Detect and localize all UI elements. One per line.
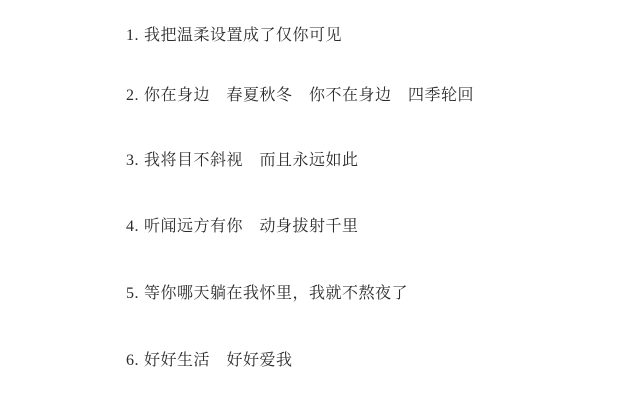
item-number: 1. — [126, 27, 139, 44]
list-item: 6.好好生活 好好爱我 — [108, 334, 293, 388]
item-text: 听闻远方有你 动身拔射千里 — [144, 218, 359, 235]
list-item: 2.你在身边 春夏秋冬 你不在身边 四季轮回 — [108, 69, 474, 123]
item-number: 4. — [126, 218, 139, 235]
item-text: 等你哪天躺在我怀里，我就不熬夜了 — [144, 285, 408, 302]
item-text: 我将目不斜视 而且永远如此 — [144, 152, 359, 169]
item-text: 你在身边 春夏秋冬 你不在身边 四季轮回 — [144, 87, 474, 104]
list-item: 3.我将目不斜视 而且永远如此 — [108, 134, 359, 188]
item-text: 好好生活 好好爱我 — [144, 352, 293, 369]
item-number: 5. — [126, 285, 139, 302]
list-item: 1.我把温柔设置成了仅你可见 — [108, 9, 342, 63]
list-item: 4.听闻远方有你 动身拔射千里 — [108, 200, 359, 254]
item-number: 2. — [126, 87, 139, 104]
list-item: 5.等你哪天躺在我怀里，我就不熬夜了 — [108, 267, 408, 321]
quote-list-page: 1.我把温柔设置成了仅你可见 2.你在身边 春夏秋冬 你不在身边 四季轮回 3.… — [0, 0, 640, 400]
item-text: 我把温柔设置成了仅你可见 — [144, 27, 342, 44]
item-number: 6. — [126, 352, 139, 369]
item-number: 3. — [126, 152, 139, 169]
